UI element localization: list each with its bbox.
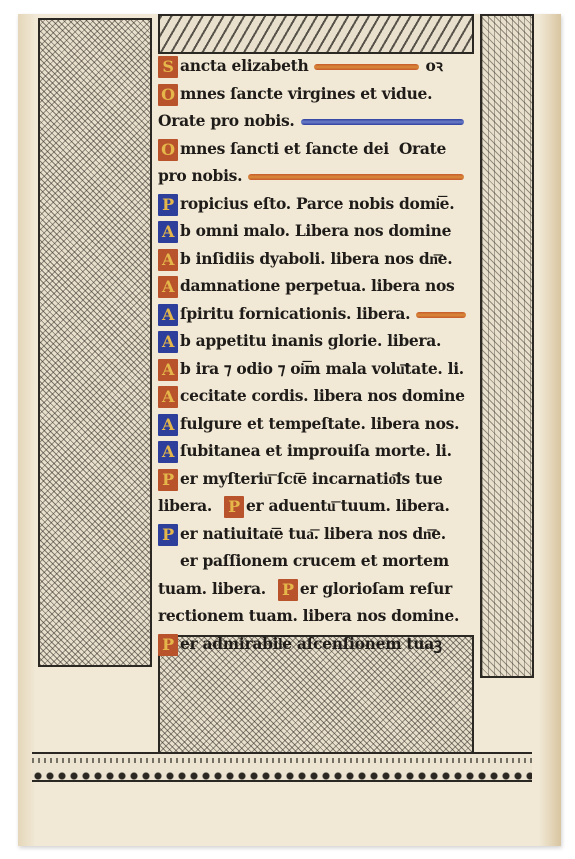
illuminated-initial: A	[158, 249, 178, 271]
illuminated-initial: A	[158, 359, 178, 381]
text-line: Propicius eſto. Parce nobis domi͞e.	[158, 190, 476, 218]
text-line: Orate pro nobis.	[158, 107, 476, 135]
text-line: Omnes ſancti et ſancte deiOrate	[158, 135, 476, 163]
line-text: pro nobis.	[158, 166, 242, 185]
line-text: libera.	[158, 496, 212, 515]
left-woodcut-border	[38, 18, 152, 667]
line-text: er natiuitat͞e tua͞. libera nos dn͞e.	[180, 524, 446, 543]
line-filler-ornament	[314, 64, 419, 70]
line-filler-ornament	[248, 174, 464, 180]
text-line: Ab appetitu inanis glorie. libera.	[158, 327, 476, 355]
illuminated-initial: A	[158, 441, 178, 463]
text-line: Ab inſidiis dyaboli. libera nos dn͞e.	[158, 245, 476, 273]
text-line: Aſpiritu fornicationis. libera.	[158, 300, 476, 328]
text-line: Per natiuitat͞e tua͞. libera nos dn͞e.	[158, 520, 476, 548]
line-text: er admirabil͞e aſcenſionem tuaꝫ	[180, 634, 442, 653]
text-line: pro nobis.	[158, 162, 476, 190]
illuminated-initial: A	[158, 221, 178, 243]
illuminated-initial: P	[158, 524, 178, 546]
litany-text-block: Sancta elizabethoꝛOmnes ſancte virgines …	[158, 52, 476, 657]
illuminated-initial: P	[278, 579, 298, 601]
text-line: Acecitate cordis. libera nos domine	[158, 382, 476, 410]
illuminated-initial: A	[158, 331, 178, 353]
text-line: rectionem tuam. libera nos domine.	[158, 602, 476, 630]
text-line: er paſſionem crucem et mortem	[158, 547, 476, 575]
page-edge-stain-right	[539, 14, 561, 846]
text-line: Ab ira ⁊ odio ⁊ oi͞m mala volu͞tate. li.	[158, 355, 476, 383]
line-text: damnatione perpetua. libera nos	[180, 276, 454, 295]
text-line: Per admirabil͞e aſcenſionem tuaꝫ	[158, 630, 476, 658]
line-text: ſubitanea et improuiſa morte. li.	[180, 441, 452, 460]
line-tail-text: er glorioſam reſur	[300, 579, 452, 598]
line-text: b appetitu inanis glorie. libera.	[180, 331, 441, 350]
line-text: b inſidiis dyaboli. libera nos dn͞e.	[180, 249, 452, 268]
top-woodcut-frieze	[158, 14, 474, 54]
right-woodcut-column	[480, 14, 534, 678]
line-text: ancta elizabeth	[180, 56, 308, 75]
text-line: Aſubitanea et improuiſa morte. li.	[158, 437, 476, 465]
line-text: mnes ſancte virgines et vidue.	[180, 84, 432, 103]
line-text: er myſteriu͞ ſct͞e incarnatio͞is tue	[180, 469, 442, 488]
text-line: tuam. libera.Per glorioſam reſur	[158, 575, 476, 603]
text-line: Sancta elizabethoꝛ	[158, 52, 476, 80]
text-line: Afulgure et tempeſtate. libera nos.	[158, 410, 476, 438]
line-tail-text: er aduentu͞ tuum. libera.	[246, 496, 450, 515]
illuminated-initial: A	[158, 276, 178, 298]
illuminated-initial: A	[158, 414, 178, 436]
bottom-ornamental-frieze	[32, 752, 532, 782]
text-line: libera.Per aduentu͞ tuum. libera.	[158, 492, 476, 520]
illuminated-initial: A	[158, 304, 178, 326]
text-line: Per myſteriu͞ ſct͞e incarnatio͞is tue	[158, 465, 476, 493]
text-line: Omnes ſancte virgines et vidue.	[158, 80, 476, 108]
illuminated-initial: P	[224, 496, 244, 518]
illuminated-initial: O	[158, 139, 178, 161]
line-text: b ira ⁊ odio ⁊ oi͞m mala volu͞tate. li.	[180, 359, 464, 378]
illuminated-initial: P	[158, 634, 178, 656]
line-text: tuam. libera.	[158, 579, 266, 598]
illuminated-initial: P	[158, 194, 178, 216]
illuminated-initial: S	[158, 56, 178, 78]
line-tail-text: oꝛ	[425, 56, 442, 75]
line-filler-ornament	[416, 312, 466, 318]
text-line: Ab omni malo. Libera nos domine	[158, 217, 476, 245]
illuminated-initial: P	[158, 469, 178, 491]
line-text: b omni malo. Libera nos domine	[180, 221, 451, 240]
line-text: fulgure et tempeſtate. libera nos.	[180, 414, 459, 433]
line-filler-ornament	[301, 119, 464, 125]
text-line: Adamnatione perpetua. libera nos	[158, 272, 476, 300]
line-tail-text: Orate	[399, 139, 446, 158]
line-text: cecitate cordis. libera nos domine	[180, 386, 465, 405]
line-text: ſpiritu fornicationis. libera.	[180, 304, 410, 323]
line-text: ropicius eſto. Parce nobis domi͞e.	[180, 194, 454, 213]
line-text: mnes ſancti et ſancte dei	[180, 139, 389, 158]
line-text: er paſſionem crucem et mortem	[180, 551, 449, 570]
illuminated-initial: A	[158, 386, 178, 408]
line-text: rectionem tuam. libera nos domine.	[158, 606, 459, 625]
line-text: Orate pro nobis.	[158, 111, 295, 130]
page-edge-stain-left	[18, 14, 36, 846]
illuminated-initial: O	[158, 84, 178, 106]
